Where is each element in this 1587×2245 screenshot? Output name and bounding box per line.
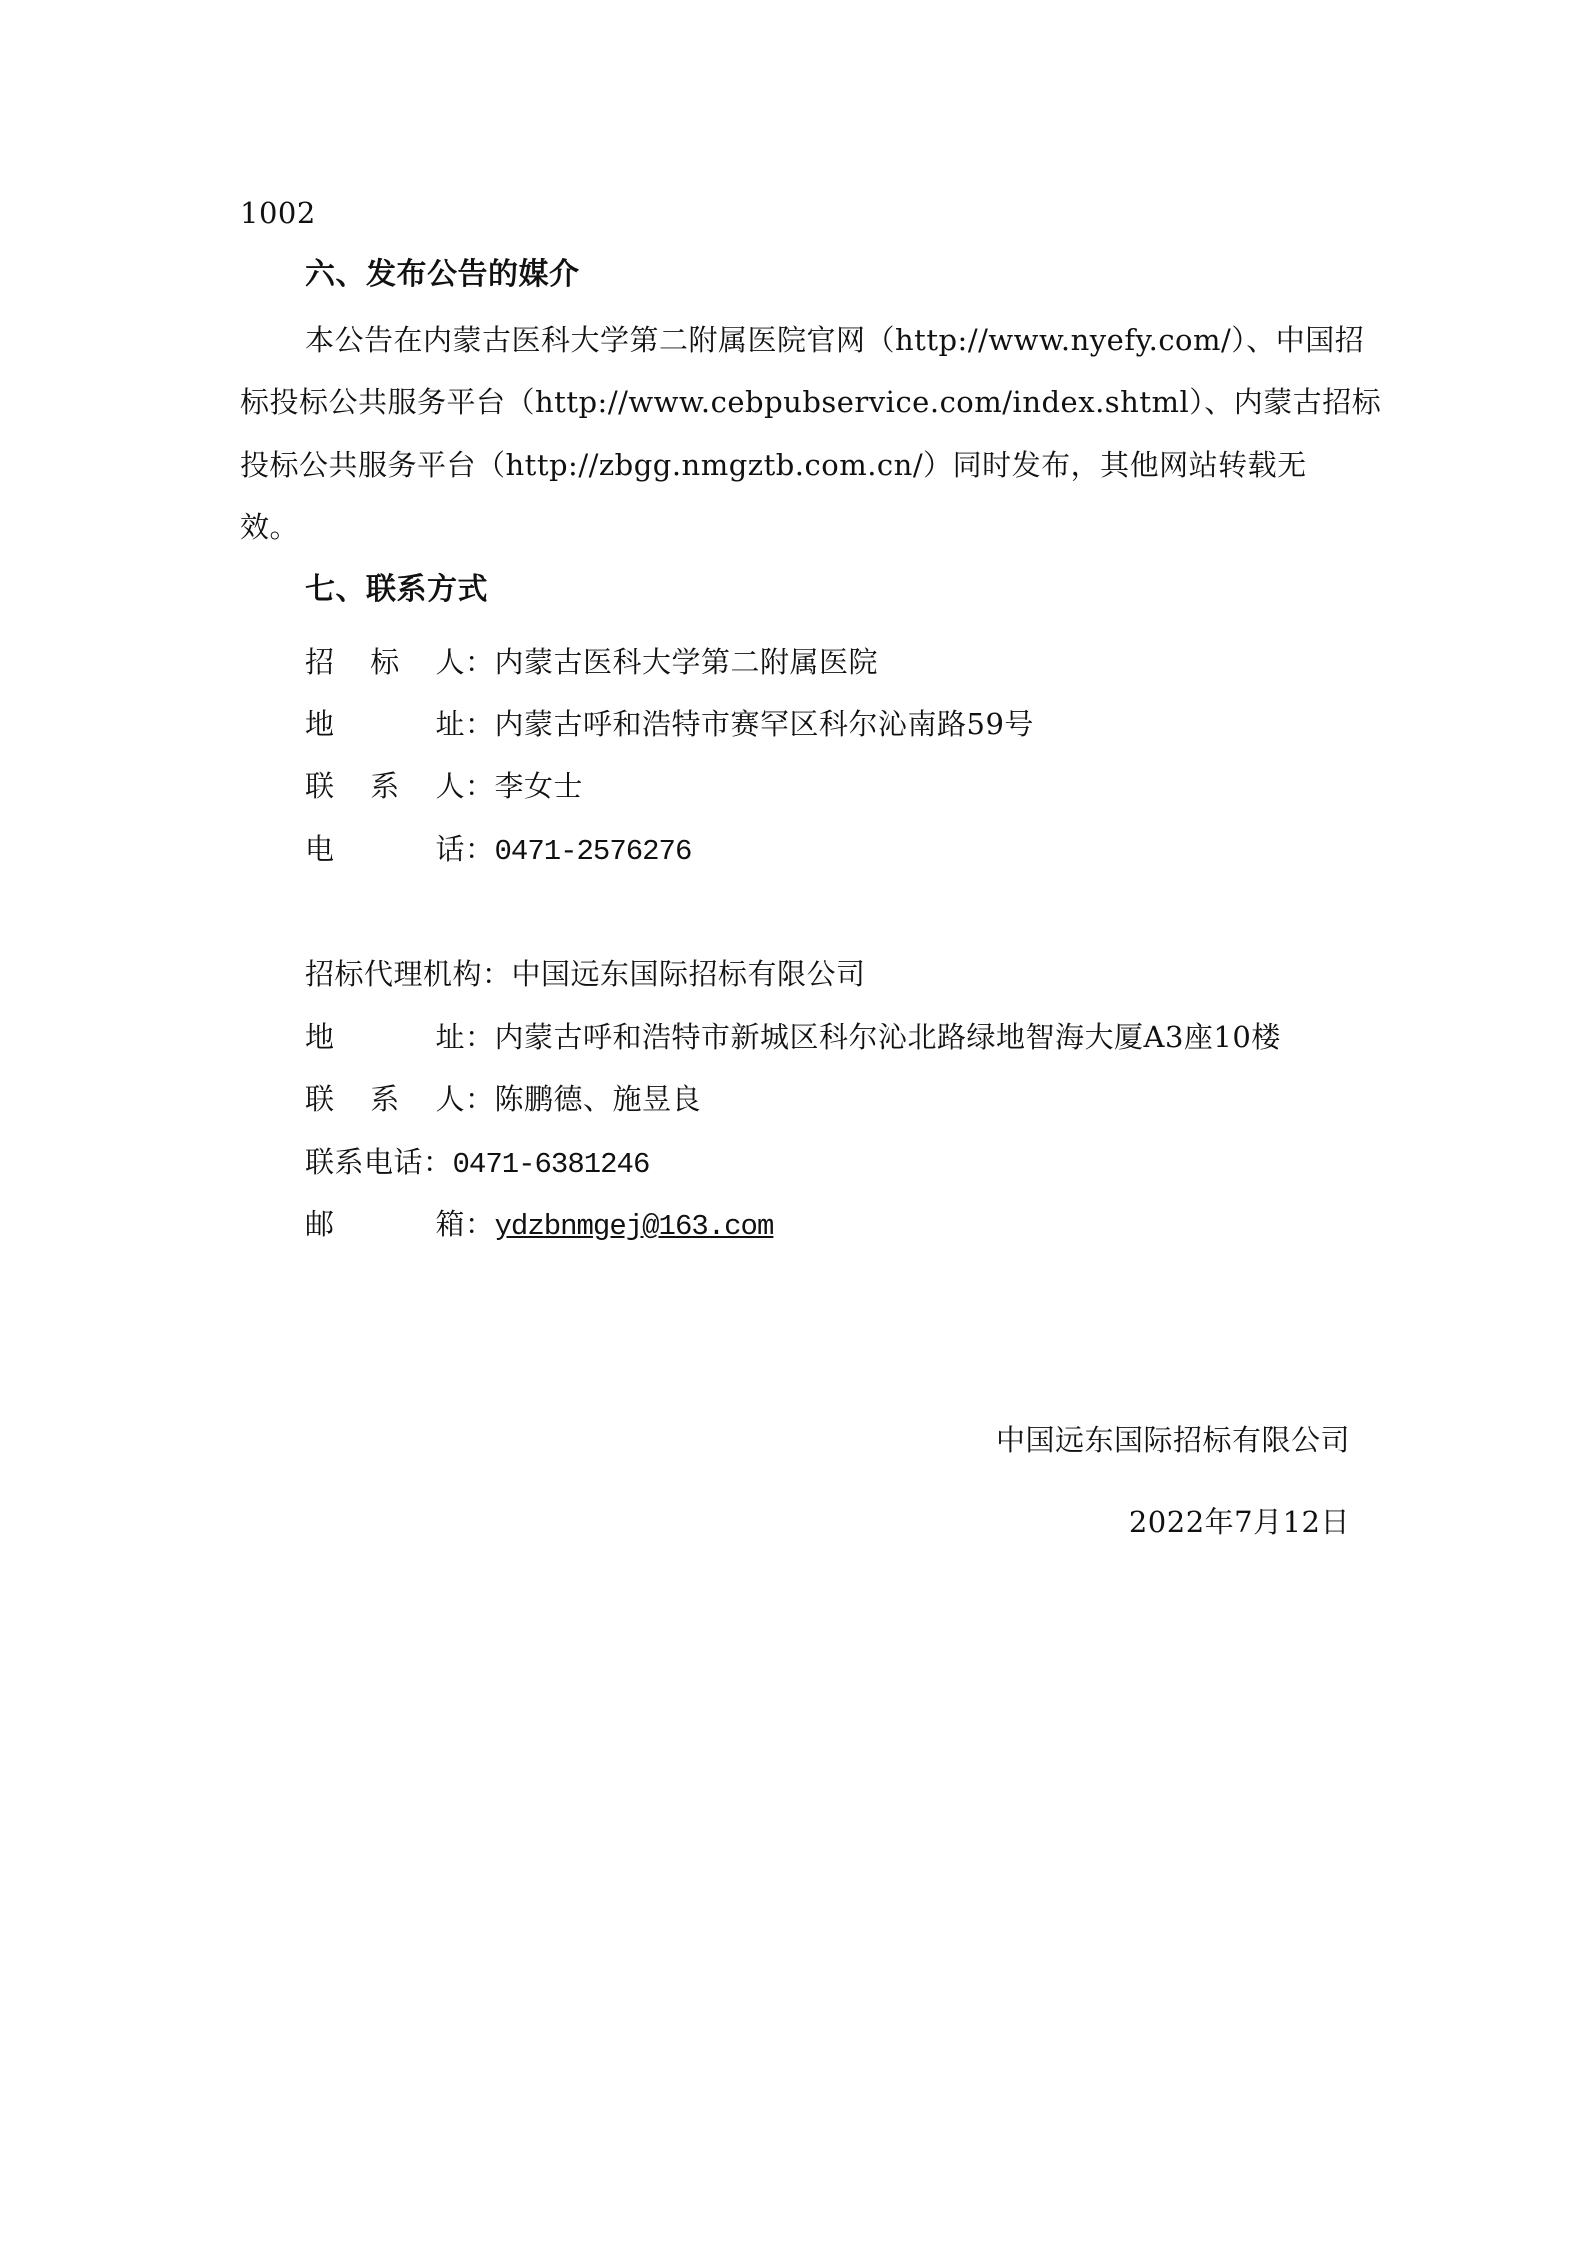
agency-address-row: 地 址 ：内蒙古呼和浩特市新城区科尔沁北路绿地智海大厦A3座10楼 [305, 1017, 1281, 1057]
tenderer-phone-value: 0471-2576276 [495, 835, 692, 868]
section-7-heading: 七、联系方式 [305, 570, 488, 610]
agency-phone-label: 联系电话： [305, 1145, 453, 1179]
label-char: 联 [305, 766, 335, 806]
section-6-line-4: 效。 [240, 507, 299, 547]
signature-company: 中国远东国际招标有限公司 [996, 1420, 1350, 1460]
agency-contact-label: 联 系 人 [305, 1079, 465, 1119]
colon: ： [465, 832, 495, 866]
colon: ： [465, 1082, 495, 1116]
continued-text: 1002 [240, 193, 316, 233]
colon: ： [465, 769, 495, 803]
tenderer-address-row: 地 址 ：内蒙古呼和浩特市赛罕区科尔沁南路59号 [305, 704, 1034, 744]
agency-email-label: 邮 箱 [305, 1204, 465, 1244]
label-char: 地 [305, 1017, 335, 1057]
label-char: 箱 [435, 1204, 465, 1244]
agency-address-label: 地 址 [305, 1017, 465, 1057]
label-char: 电 [305, 829, 335, 869]
section-6-heading: 六、发布公告的媒介 [305, 255, 580, 295]
label-char: 人 [435, 1079, 465, 1119]
label-char: 人 [435, 642, 465, 682]
section-6-line-1: 本公告在内蒙古医科大学第二附属医院官网（http://www.nyefy.com… [305, 320, 1364, 360]
label-char: 系 [370, 1079, 400, 1119]
agency-address-value: 内蒙古呼和浩特市新城区科尔沁北路绿地智海大厦A3座10楼 [495, 1020, 1281, 1054]
tenderer-contact-row: 联 系 人 ：李女士 [305, 766, 583, 806]
tenderer-address-label: 地 址 [305, 704, 465, 744]
colon: ： [465, 707, 495, 741]
tenderer-phone-label: 电 话 [305, 829, 465, 869]
label-char: 系 [370, 766, 400, 806]
tenderer-name-label: 招 标 人 [305, 642, 465, 682]
agency-contact-value: 陈鹏德、施昱良 [495, 1082, 702, 1116]
tenderer-phone-row: 电 话 ：0471-2576276 [305, 829, 691, 872]
colon: ： [465, 1207, 495, 1241]
agency-name-label: 招标代理机构： [305, 957, 512, 991]
tenderer-address-value: 内蒙古呼和浩特市赛罕区科尔沁南路59号 [495, 707, 1034, 741]
signature-date: 2022年7月12日 [1129, 1502, 1350, 1542]
document-page: 1002 六、发布公告的媒介 本公告在内蒙古医科大学第二附属医院官网（http:… [0, 0, 1587, 2245]
label-char: 标 [370, 642, 400, 682]
label-char: 地 [305, 704, 335, 744]
label-char: 话 [435, 829, 465, 869]
agency-contact-row: 联 系 人 ：陈鹏德、施昱良 [305, 1079, 701, 1119]
agency-name-row: 招标代理机构：中国远东国际招标有限公司 [305, 954, 866, 994]
agency-email-row: 邮 箱 ：ydzbnmgej@163.com [305, 1204, 773, 1247]
section-6-line-2: 标投标公共服务平台（http://www.cebpubservice.com/i… [240, 382, 1381, 422]
label-char: 招 [305, 642, 335, 682]
section-6-line-3: 投标公共服务平台（http://zbgg.nmgztb.com.cn/）同时发布… [240, 445, 1307, 485]
tenderer-contact-label: 联 系 人 [305, 766, 465, 806]
tenderer-name-row: 招 标 人 ：内蒙古医科大学第二附属医院 [305, 642, 878, 682]
tenderer-contact-value: 李女士 [495, 769, 584, 803]
label-char: 联 [305, 1079, 335, 1119]
label-char: 址 [435, 704, 465, 744]
agency-phone-value: 0471-6381246 [453, 1148, 650, 1181]
agency-name-value: 中国远东国际招标有限公司 [512, 957, 866, 991]
colon: ： [465, 645, 495, 679]
colon: ： [465, 1020, 495, 1054]
tenderer-name-value: 内蒙古医科大学第二附属医院 [495, 645, 879, 679]
agency-email-link[interactable]: ydzbnmgej@163.com [495, 1210, 774, 1243]
label-char: 址 [435, 1017, 465, 1057]
label-char: 邮 [305, 1204, 335, 1244]
label-char: 人 [435, 766, 465, 806]
agency-phone-row: 联系电话：0471-6381246 [305, 1142, 649, 1185]
